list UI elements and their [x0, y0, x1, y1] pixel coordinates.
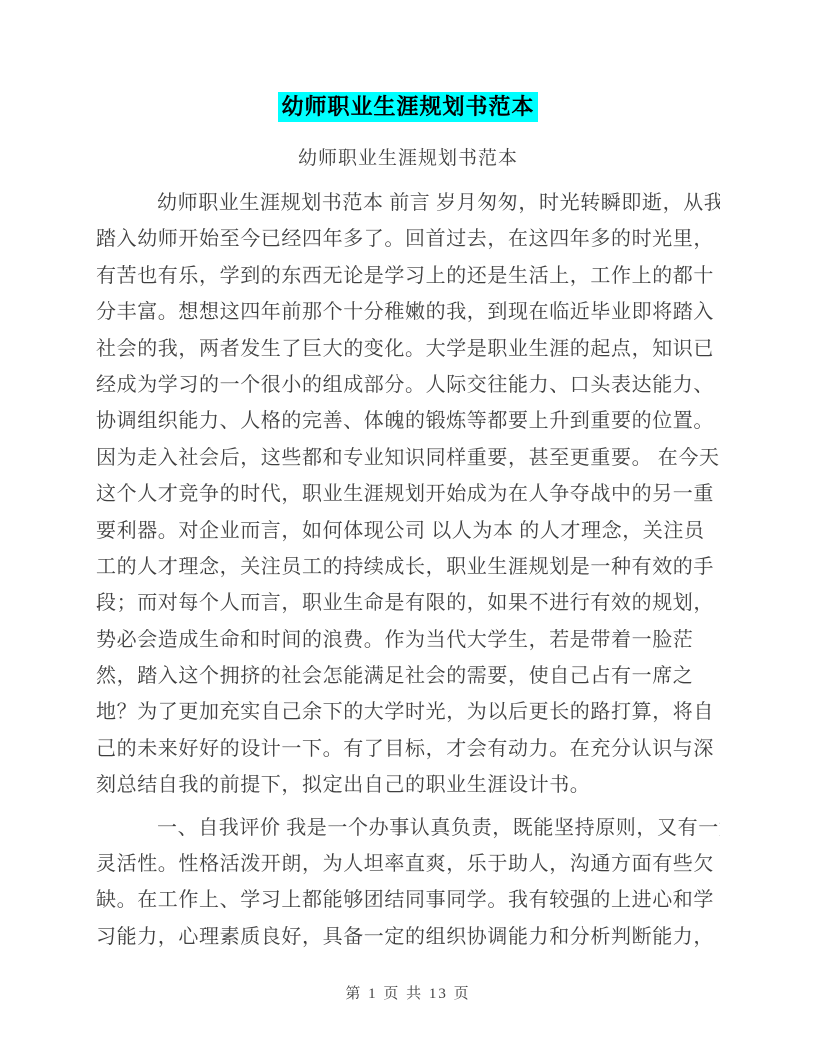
- body-line: 地？为了更加充实自己余下的大学时光，为以后更长的路打算，将自: [96, 694, 720, 730]
- body-line: 社会的我，两者发生了巨大的变化。大学是职业生涯的起点，知识已: [96, 331, 720, 367]
- body-line: 协调组织能力、人格的完善、体魄的锻炼等都要上升到重要的位置。: [96, 403, 720, 439]
- body-line: 然，踏入这个拥挤的社会怎能满足社会的需要，使自己占有一席之: [96, 658, 720, 694]
- body-line: 刻总结自我的前提下，拟定出自己的职业生涯设计书。: [96, 767, 720, 803]
- body-line: 分丰富。想想这四年前那个十分稚嫩的我，到现在临近毕业即将踏入: [96, 294, 720, 330]
- document-page: 幼师职业生涯规划书范本 幼师职业生涯规划书范本 幼师职业生涯规划书范本 前言 岁…: [0, 0, 816, 1056]
- body-line: 踏入幼师开始至今已经四年多了。回首过去，在这四年多的时光里，: [96, 221, 720, 257]
- doc-subtitle: 幼师职业生涯规划书范本: [0, 145, 816, 172]
- body-line: 要利器。对企业而言，如何体现公司 以人为本 的人才理念，关注员: [96, 513, 720, 549]
- body-line: 己的未来好好的设计一下。有了目标，才会有动力。在充分认识与深: [96, 731, 720, 767]
- paragraph-2: 一、自我评价 我是一个办事认真负责，既能坚持原则，又有一定 灵活性。性格活泼开朗…: [96, 810, 720, 956]
- body-line: 有苦也有乐，学到的东西无论是学习上的还是生活上，工作上的都十: [96, 258, 720, 294]
- body-line: 工的人才理念，关注员工的持续成长，职业生涯规划是一种有效的手: [96, 549, 720, 585]
- body-line: 一、自我评价 我是一个办事认真负责，既能坚持原则，又有一定: [96, 810, 720, 846]
- body-line: 经成为学习的一个很小的组成部分。人际交往能力、口头表达能力、: [96, 367, 720, 403]
- paragraph-1: 幼师职业生涯规划书范本 前言 岁月匆匆，时光转瞬即逝，从我 踏入幼师开始至今已经…: [96, 185, 720, 804]
- body-line: 这个人才竞争的时代，职业生涯规划开始成为在人争夺战中的另一重: [96, 476, 720, 512]
- body-line: 因为走入社会后，这些都和专业知识同样重要，甚至更重要。 在今天: [96, 440, 720, 476]
- page-footer: 第 1 页 共 13 页: [0, 982, 816, 1003]
- body-line: 缺。在工作上、学习上都能够团结同事同学。我有较强的上进心和学: [96, 882, 720, 918]
- page-title: 幼师职业生涯规划书范本: [0, 0, 816, 122]
- doc-body: 幼师职业生涯规划书范本 前言 岁月匆匆，时光转瞬即逝，从我 踏入幼师开始至今已经…: [96, 185, 720, 955]
- page-title-highlighted-text: 幼师职业生涯规划书范本: [278, 92, 537, 122]
- body-line: 势必会造成生命和时间的浪费。作为当代大学生，若是带着一脸茫: [96, 622, 720, 658]
- body-line: 灵活性。性格活泼开朗，为人坦率直爽，乐于助人，沟通方面有些欠: [96, 846, 720, 882]
- body-line: 段；而对每个人而言，职业生命是有限的，如果不进行有效的规划，: [96, 585, 720, 621]
- body-line: 幼师职业生涯规划书范本 前言 岁月匆匆，时光转瞬即逝，从我: [96, 185, 720, 221]
- body-line: 习能力，心理素质良好，具备一定的组织协调能力和分析判断能力，: [96, 919, 720, 955]
